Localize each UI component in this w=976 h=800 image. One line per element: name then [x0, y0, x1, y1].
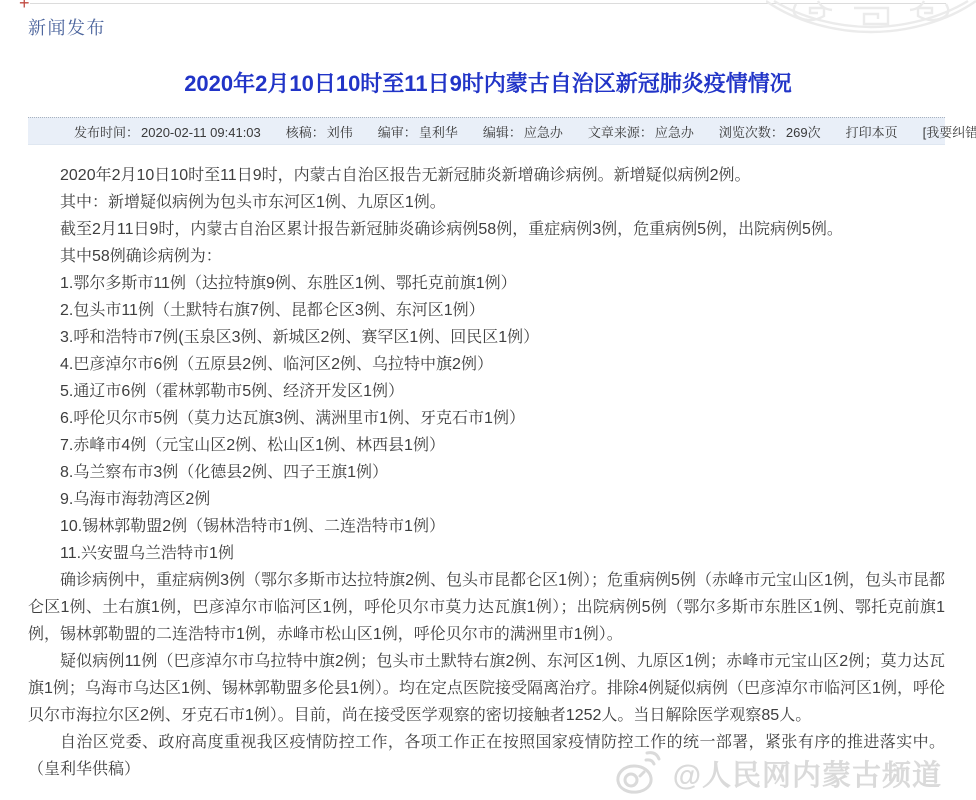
article-paragraph: 2020年2月10日10时至11日9时，内蒙古自治区报告无新冠肺炎新增确诊病例。… [28, 162, 945, 189]
news-release-page: + 新闻发布 2020年2月10日10时至11日9时内蒙古自治区新冠肺炎疫情情况… [0, 0, 976, 800]
article-title: 2020年2月10日10时至11日9时内蒙古自治区新冠肺炎疫情情况 [0, 67, 976, 98]
article-paragraph: 确诊病例中，重症病例3例（鄂尔多斯市达拉特旗2例、包头市昆都仑区1例）；危重病例… [28, 567, 945, 648]
article-list-item: 6.呼伦贝尔市5例（莫力达瓦旗3例、满洲里市1例、牙克石市1例） [28, 405, 945, 432]
article-list-item: 8.乌兰察布市3例（化德县2例、四子王旗1例） [28, 459, 945, 486]
article-list-item: 7.赤峰市4例（元宝山区2例、松山区1例、林西县1例） [28, 432, 945, 459]
print-page-link[interactable]: 打印本页 [846, 122, 898, 141]
article-list-item: 2.包头市11例（土默特右旗7例、昆都仑区3例、东河区1例） [28, 297, 945, 324]
decorative-meander-pattern [766, 0, 976, 40]
article-list-item: 10.锡林郭勒盟2例（锡林浩特市1例、二连浩特市1例） [28, 513, 945, 540]
article-list-item: 1.鄂尔多斯市11例（达拉特旗9例、东胜区1例、鄂托克前旗1例） [28, 270, 945, 297]
meta-view-count: 浏览次数：269次 [719, 122, 821, 141]
weibo-icon [614, 750, 668, 796]
article-body: 2020年2月10日10时至11日9时，内蒙古自治区报告无新冠肺炎新增确诊病例。… [28, 162, 945, 783]
error-correction-link[interactable]: [我要纠错] [923, 122, 976, 141]
watermark-text: @人民网内蒙古频道 [673, 753, 942, 794]
article-list-item: 4.巴彦淖尔市6例（五原县2例、临河区2例、乌拉特中旗2例） [28, 351, 945, 378]
article-list-item: 9.乌海市海勃湾区2例 [28, 486, 945, 513]
crop-mark-plus: + [19, 0, 30, 13]
article-paragraph: 其中58例确诊病例为： [28, 243, 945, 270]
meta-proofreader: 核稿：刘伟 [286, 122, 353, 141]
article-list-item: 5.通辽市6例（霍林郭勒市5例、经济开发区1例） [28, 378, 945, 405]
meta-source: 文章来源：应急办 [588, 122, 694, 141]
article-list-item: 11.兴安盟乌兰浩特市1例 [28, 540, 945, 567]
meta-review-editor: 编审：皇利华 [378, 122, 458, 141]
watermark: @人民网内蒙古频道 [614, 750, 942, 796]
article-meta-bar: 发布时间：2020-02-11 09:41:03 核稿：刘伟 编审：皇利华 编辑… [28, 117, 945, 145]
article-list-item: 3.呼和浩特市7例(玉泉区3例、新城区2例、赛罕区1例、回民区1例） [28, 324, 945, 351]
meta-editor: 编辑：应急办 [483, 122, 563, 141]
article-paragraph: 其中：新增疑似病例为包头市东河区1例、九原区1例。 [28, 189, 945, 216]
meta-publish-time: 发布时间：2020-02-11 09:41:03 [74, 122, 261, 141]
article-paragraph: 疑似病例11例（巴彦淖尔市乌拉特中旗2例；包头市土默特右旗2例、东河区1例、九原… [28, 648, 945, 729]
section-label-news-release[interactable]: 新闻发布 [28, 14, 106, 40]
article-paragraph: 截至2月11日9时，内蒙古自治区累计报告新冠肺炎确诊病例58例，重症病例3例，危… [28, 216, 945, 243]
